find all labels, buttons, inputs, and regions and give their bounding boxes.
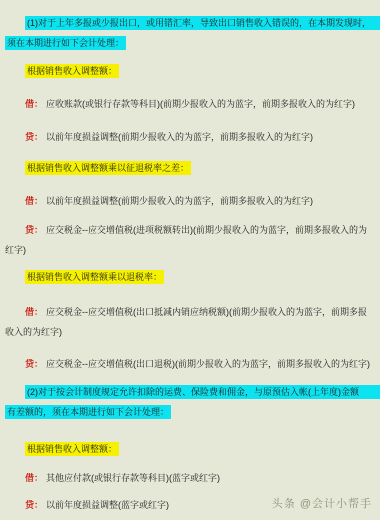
entry-text: 其他应付款(或银行存款等科目)(蓝字或红字) (46, 473, 220, 483)
entry-credit-1: 贷：以前年度损益调整(前期少报收入的为蓝字，前期多报收入的为红字) (5, 127, 378, 147)
credit-prefix: 贷： (25, 500, 43, 510)
debit-prefix: 借： (25, 99, 43, 109)
entry-text: 以前年度损益调整(前期少报收入的为蓝字，前期多报收入的为红字) (46, 196, 313, 206)
entry-text: 应交税金--应交增值税(出口抵减内销应纳税额)(前期少报收入的为蓝字，前期多报 (46, 307, 367, 317)
entry-debit-2: 借：以前年度损益调整(前期少报收入的为蓝字，前期多报收入的为红字) (5, 191, 378, 211)
entry-credit-2: 贷：应交税金--应交增值税(进项税额转出)(前期少报收入的为蓝字，前期多报收入的… (5, 220, 378, 260)
entry-debit-3: 借：应交税金--应交增值税(出口抵减内销应纳税额)(前期少报收入的为蓝字，前期多… (5, 302, 378, 342)
highlighted-text: (2)对于按会计制度规定允许扣除的运费、保险费和佣金，与原预估入帐(上年度)金额 (25, 385, 380, 399)
entry-debit-1: 借：应收账款(或银行存款等科目)(前期少报收入的为蓝字，前期多报收入的为红字) (5, 94, 378, 114)
accounting-note-document: (1)对于上年多报或少报出口，或用错汇率，导致出口销售收入错误的，在本期发现时，… (0, 0, 380, 520)
entry-line: 红字) (5, 240, 378, 260)
credit-prefix: 贷： (25, 225, 43, 235)
credit-prefix: 贷： (25, 132, 43, 142)
entry-text: 以前年度损益调整(前期少报收入的为蓝字，前期多报收入的为红字) (46, 132, 313, 142)
highlighted-text: 根据销售收入调整额乘以退税率： (25, 270, 164, 284)
entry-line: 贷：应交税金--应交增值税(进项税额转出)(前期少报收入的为蓝字，前期多报收入的… (5, 220, 378, 240)
entry-text: 红字) (5, 245, 26, 255)
paragraph-line: (2)对于按会计制度规定允许扣除的运费、保险费和佣金，与原预估入帐(上年度)金额 (5, 382, 378, 402)
paragraph-line: (1)对于上年多报或少报出口，或用错汇率，导致出口销售收入错误的，在本期发现时， (5, 13, 378, 33)
paragraph-cyan-1: (1)对于上年多报或少报出口，或用错汇率，导致出口销售收入错误的，在本期发现时，… (5, 13, 378, 53)
entry-text: 应收账款(或银行存款等科目)(前期少报收入的为蓝字，前期多报收入的为红字) (46, 99, 355, 109)
highlighted-text: 有差额的，须在本期进行如下会计处理： (5, 405, 171, 419)
entry-line: 借：应交税金--应交增值税(出口抵减内销应纳税额)(前期少报收入的为蓝字，前期多… (5, 302, 378, 322)
highlighted-text: (1)对于上年多报或少报出口，或用错汇率，导致出口销售收入错误的，在本期发现时， (25, 16, 380, 30)
highlighted-text: 须在本期进行如下会计处理： (5, 36, 126, 50)
heading-yellow-1: 根据销售收入调整额： (5, 61, 378, 81)
entry-text: 以前年度损益调整(蓝字或红字) (46, 500, 169, 510)
paragraph-cyan-2: (2)对于按会计制度规定允许扣除的运费、保险费和佣金，与原预估入帐(上年度)金额… (5, 382, 378, 422)
heading-yellow-3: 根据销售收入调整额乘以退税率： (5, 267, 378, 287)
heading-yellow-4: 根据销售收入调整额： (5, 439, 378, 459)
highlighted-text: 根据销售收入调整额： (25, 442, 119, 456)
toutiao-watermark: 头条 @会计小帮手 (272, 495, 372, 511)
debit-prefix: 借： (25, 473, 43, 483)
entry-debit-4: 借：其他应付款(或银行存款等科目)(蓝字或红字) (5, 468, 378, 488)
entry-line: 收入的为红字) (5, 322, 378, 342)
highlighted-text: 根据销售收入调整额： (25, 64, 119, 78)
heading-yellow-2: 根据销售收入调整额乘以征退税率之差： (5, 158, 378, 178)
credit-prefix: 贷： (25, 359, 43, 369)
entry-text: 应交税金--应交增值税(进项税额转出)(前期少报收入的为蓝字，前期多报收入的为 (46, 225, 367, 235)
paragraph-line: 有差额的，须在本期进行如下会计处理： (5, 402, 378, 422)
debit-prefix: 借： (25, 196, 43, 206)
highlighted-text: 根据销售收入调整额乘以征退税率之差： (25, 161, 191, 175)
entry-text: 收入的为红字) (5, 327, 62, 337)
entry-text: 应交税金--应交增值税(出口退税)(前期少报收入的为蓝字，前期多报收入的为红字) (46, 359, 370, 369)
entry-credit-3: 贷：应交税金--应交增值税(出口退税)(前期少报收入的为蓝字，前期多报收入的为红… (5, 354, 378, 374)
debit-prefix: 借： (25, 307, 43, 317)
paragraph-line: 须在本期进行如下会计处理： (5, 33, 378, 53)
